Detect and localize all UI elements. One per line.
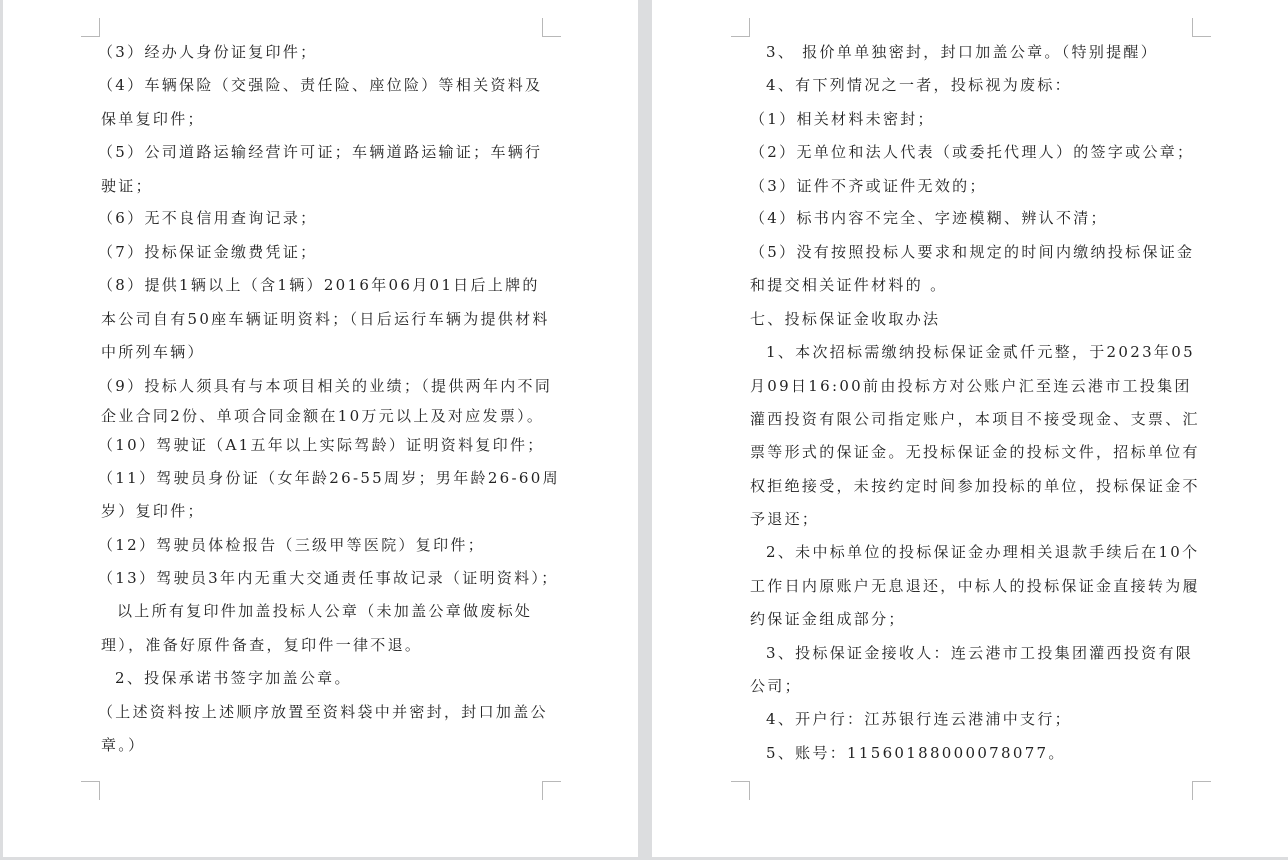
margin-corner-mark — [731, 781, 750, 800]
margin-corner-mark — [542, 18, 561, 37]
text-line: 章。） — [101, 735, 145, 755]
text-line: 4、有下列情况之一者，投标视为废标： — [766, 75, 1072, 95]
text-line: （上述资料按上述顺序放置至资料袋中并密封，封口加盖公 — [98, 702, 548, 722]
text-line: （13）驾驶员3年内无重大交通责任事故记录（证明资料）； — [98, 568, 559, 588]
text-line: 票等形式的保证金。无投标保证金的投标文件，招标单位有 — [750, 442, 1200, 462]
document-page-left — [3, 0, 638, 857]
margin-corner-mark — [1192, 18, 1211, 37]
text-line: 予退还； — [750, 509, 819, 529]
text-line: 驶证； — [101, 176, 153, 196]
text-line: 权拒绝接受，未按约定时间参加投标的单位，投标保证金不 — [750, 476, 1200, 496]
margin-corner-mark — [81, 18, 100, 37]
margin-corner-mark — [1192, 781, 1211, 800]
text-line: （3）证件不齐或证件无效的； — [750, 176, 987, 196]
text-line: （11）驾驶员身份证（女年龄26-55周岁；男年龄26-60周 — [98, 468, 560, 488]
text-line: （8）提供1辆以上（含1辆）2016年06月01日后上牌的 — [98, 275, 540, 295]
text-line: 保单复印件； — [101, 109, 205, 129]
text-line: 5、账号：11560188000078077。 — [766, 743, 1066, 763]
text-line: 1、本次招标需缴纳投标保证金贰仟元整，于2023年05 — [766, 342, 1195, 362]
text-line: 以上所有复印件加盖投标人公章（未加盖公章做废标处 — [117, 601, 532, 621]
text-line: 工作日内原账户无息退还，中标人的投标保证金直接转为履 — [750, 576, 1200, 596]
text-line: （7）投标保证金缴费凭证； — [98, 242, 317, 262]
text-line: 公司； — [750, 676, 802, 696]
text-line: （4）标书内容不完全、字迹模糊、辨认不清； — [750, 208, 1108, 228]
margin-corner-mark — [542, 781, 561, 800]
text-line: 七、投标保证金收取办法 — [750, 309, 940, 329]
text-line: 中所列车辆） — [101, 342, 205, 362]
text-line: （4）车辆保险（交强险、责任险、座位险）等相关资料及 — [98, 75, 542, 95]
text-line: 灌西投资有限公司指定账户，本项目不接受现金、支票、汇 — [750, 409, 1200, 429]
text-line: （3）经办人身份证复印件； — [98, 42, 317, 62]
text-line: （6）无不良信用查询记录； — [98, 208, 317, 228]
text-line: （12）驾驶员体检报告（三级甲等医院）复印件； — [98, 535, 485, 555]
text-line: 理），准备好原件备查，复印件一律不退。 — [101, 635, 422, 655]
text-line: （9）投标人须具有与本项目相关的业绩；（提供两年内不同 — [98, 376, 552, 396]
text-line: 本公司自有50座车辆证明资料；（日后运行车辆为提供材料 — [101, 309, 550, 329]
text-line: （1）相关材料未密封； — [750, 109, 935, 129]
text-line: 岁）复印件； — [101, 501, 205, 521]
text-line: 企业合同2份、单项合同金额在10万元以上及对应发票）。 — [101, 406, 544, 426]
text-line: 约保证金组成部分； — [750, 609, 906, 629]
text-line: 2、投保承诺书签字加盖公章。 — [115, 668, 352, 688]
text-line: （5）没有按照投标人要求和规定的时间内缴纳投标保证金 — [750, 242, 1194, 262]
margin-corner-mark — [81, 781, 100, 800]
text-line: 2、未中标单位的投标保证金办理相关退款手续后在10个 — [766, 542, 1199, 562]
text-line: 3、 报价单单独密封，封口加盖公章。（特别提醒） — [766, 42, 1158, 62]
margin-corner-mark — [731, 18, 750, 37]
text-line: 4、开户行：江苏银行连云港浦中支行； — [766, 709, 1072, 729]
document-viewport[interactable]: （3）经办人身份证复印件；（4）车辆保险（交强险、责任险、座位险）等相关资料及保… — [0, 0, 1288, 860]
text-line: 月09日16:00前由投标方对公账户汇至连云港市工投集团 — [750, 376, 1192, 396]
text-line: （5）公司道路运输经营许可证；车辆道路运输证；车辆行 — [98, 142, 542, 162]
text-line: （2）无单位和法人代表（或委托代理人）的签字或公章； — [750, 142, 1194, 162]
text-line: （10）驾驶证（A1五年以上实际驾龄）证明资料复印件； — [98, 435, 545, 455]
text-line: 3、投标保证金接收人：连云港市工投集团灌西投资有限 — [766, 643, 1193, 663]
text-line: 和提交相关证件材料的 。 — [750, 275, 947, 295]
